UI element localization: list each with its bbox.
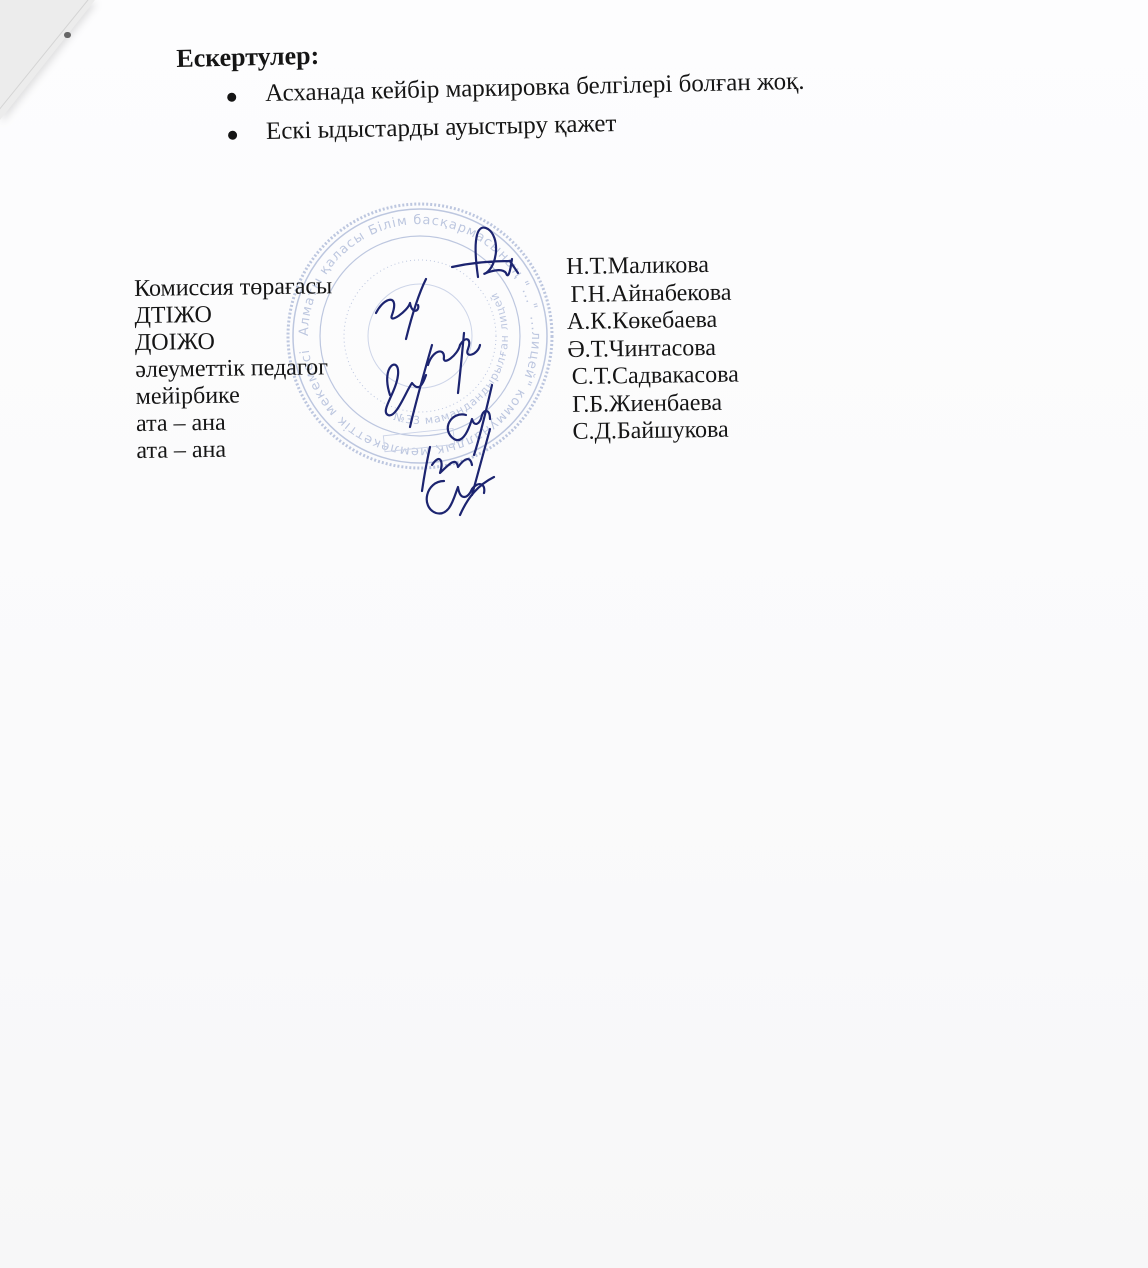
member-name: Г.Б.Жиенбаева xyxy=(568,389,739,419)
folded-corner xyxy=(0,0,95,120)
role-doizho: ДОІЖО xyxy=(135,327,333,357)
bullet-icon xyxy=(227,93,236,102)
member-name: С.Т.Садвакасова xyxy=(568,362,739,392)
remarks-item-text: Ескі ыдыстарды ауыстыру қажет xyxy=(266,110,617,145)
commission-names: Н.Т.Маликова Г.Н.Айнабекова А.К.Көкебаев… xyxy=(566,252,740,447)
remarks-item: Ескі ыдыстарды ауыстыру қажет xyxy=(178,106,806,148)
role-nurse: мейірбике xyxy=(136,381,334,411)
bullet-icon xyxy=(228,131,237,140)
role-parent: ата – ана xyxy=(136,408,334,438)
remarks-section: Ескертулер: Асханада кейбір маркировка б… xyxy=(176,30,806,158)
role-dtizho: ДТІЖО xyxy=(134,300,332,330)
remarks-list: Асханада кейбір маркировка белгілері бол… xyxy=(177,68,806,148)
signature-icon xyxy=(427,477,494,515)
role-parent: ата – ана xyxy=(136,435,334,465)
signatures xyxy=(360,215,560,525)
role-social-pedagogue: әлеуметтік педагог xyxy=(135,354,333,384)
member-name: С.Д.Байшукова xyxy=(568,417,739,447)
signature-icon xyxy=(452,228,518,277)
remarks-item: Асханада кейбір маркировка белгілері бол… xyxy=(177,68,805,110)
commission-roles: Комиссия төрағасы ДТІЖО ДОІЖО әлеуметтік… xyxy=(134,273,335,465)
staple-mark xyxy=(64,32,71,38)
remarks-item-text: Асханада кейбір маркировка белгілері бол… xyxy=(265,68,805,107)
member-name: Н.Т.Маликова xyxy=(566,252,737,282)
signature-icon xyxy=(376,279,426,339)
role-chairman: Комиссия төрағасы xyxy=(134,273,332,303)
signature-icon xyxy=(386,345,432,427)
document-page xyxy=(0,0,1148,1268)
signature-icon xyxy=(428,333,480,393)
member-name: А.К.Көкебаева xyxy=(567,307,738,337)
member-name: Ә.Т.Чинтасова xyxy=(567,334,738,364)
member-name: Г.Н.Айнабекова xyxy=(566,279,737,309)
